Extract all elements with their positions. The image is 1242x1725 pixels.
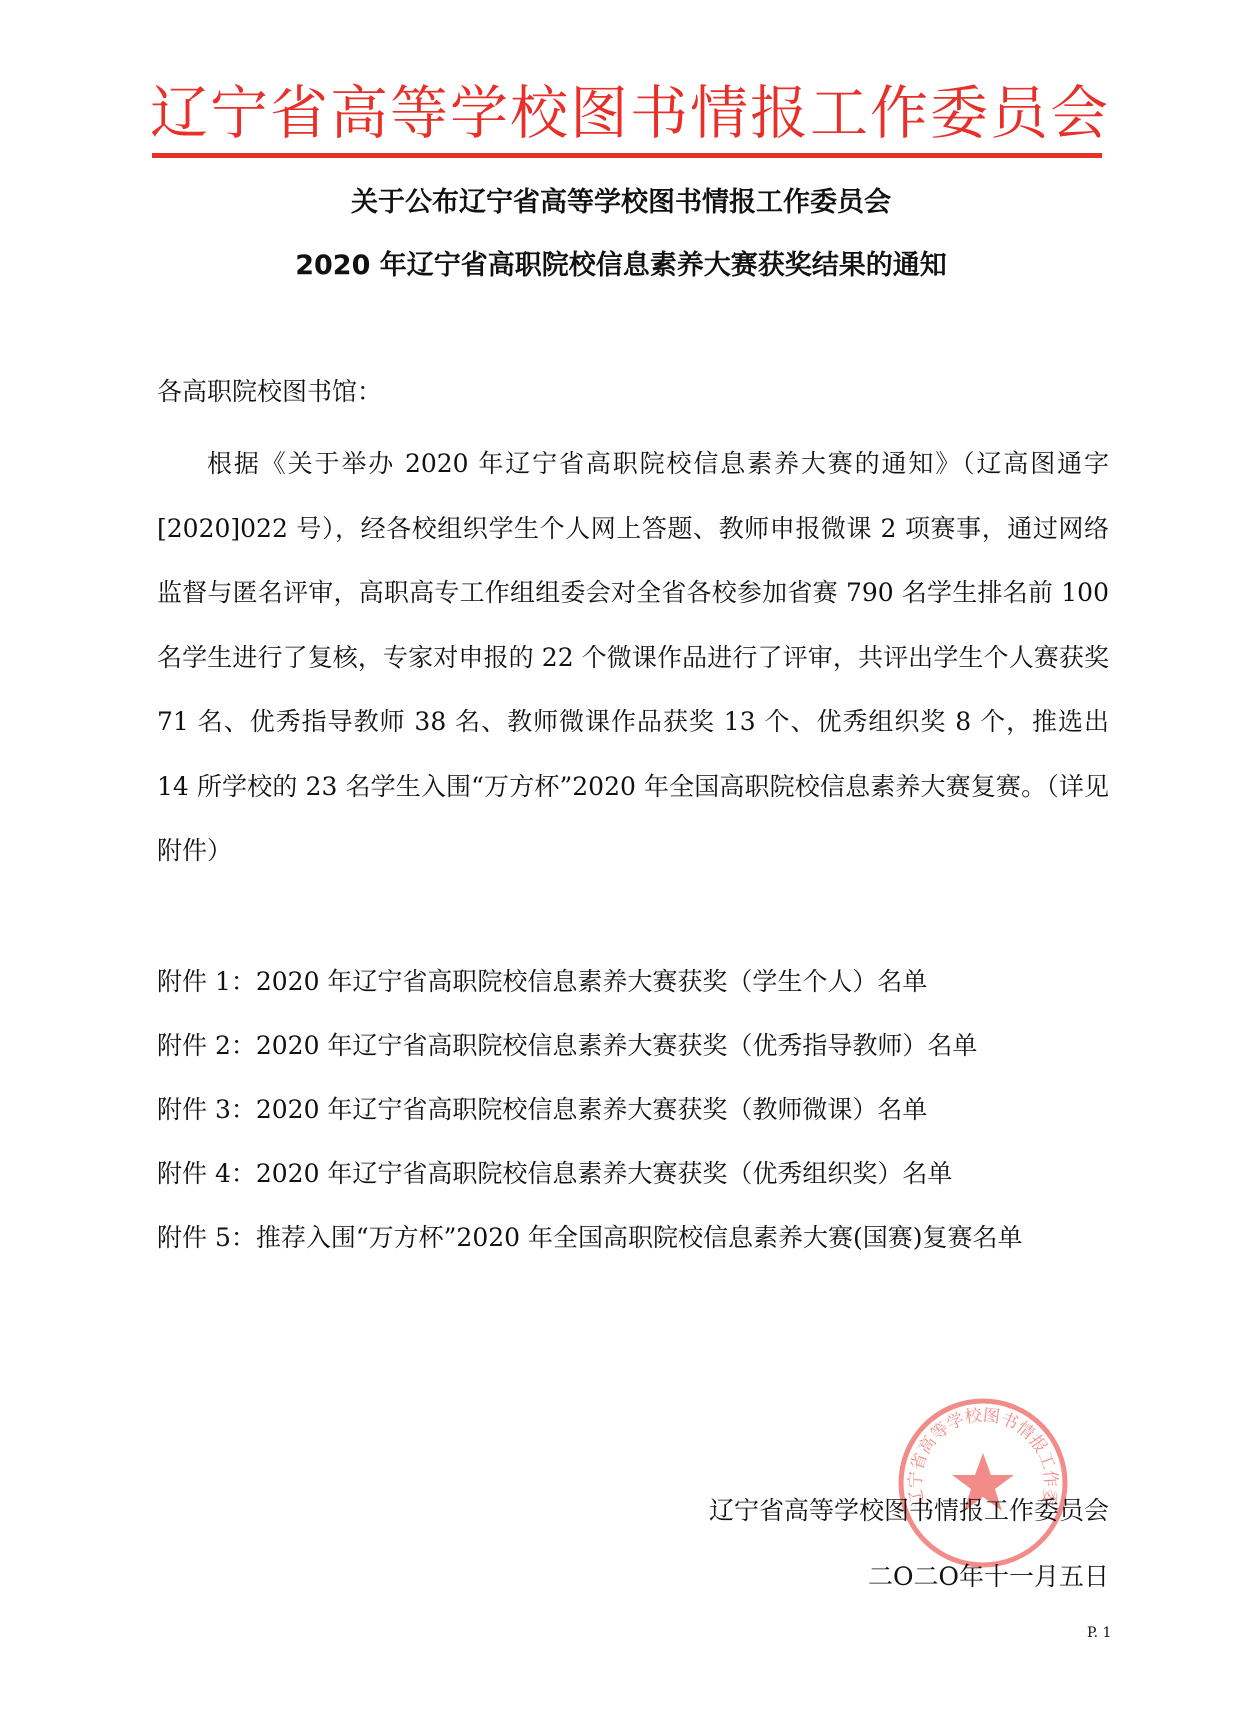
letterhead-divider <box>152 153 1102 158</box>
salutation: 各高职院校图书馆： <box>157 372 382 408</box>
signature-org: 辽宁省高等学校图书情报工作委员会 <box>709 1478 1109 1544</box>
signature-date: 二O二O年十一月五日 <box>709 1544 1109 1610</box>
signature-block: 辽宁省高等学校图书情报工作委员会 二O二O年十一月五日 <box>709 1478 1109 1610</box>
page-number: P. 1 <box>1087 1625 1111 1641</box>
attachment-item: 附件 4：2020 年辽宁省高职院校信息素养大赛获奖（优秀组织奖）名单 <box>157 1142 1109 1206</box>
attachment-item: 附件 3：2020 年辽宁省高职院校信息素养大赛获奖（教师微课）名单 <box>157 1078 1109 1142</box>
attachment-item: 附件 2：2020 年辽宁省高职院校信息素养大赛获奖（优秀指导教师）名单 <box>157 1014 1109 1078</box>
body-paragraph: 根据《关于举办 2020 年辽宁省高职院校信息素养大赛的通知》（辽高图通字[20… <box>157 432 1109 884</box>
attachment-item: 附件 5：推荐入围“万方杯”2020 年全国高职院校信息素养大赛(国赛)复赛名单 <box>157 1206 1109 1270</box>
attachment-list: 附件 1：2020 年辽宁省高职院校信息素养大赛获奖（学生个人）名单 附件 2：… <box>157 950 1109 1270</box>
attachment-item: 附件 1：2020 年辽宁省高职院校信息素养大赛获奖（学生个人）名单 <box>157 950 1109 1014</box>
document-page: 辽宁省高等学校图书情报工作委员会 关于公布辽宁省高等学校图书情报工作委员会 20… <box>0 0 1242 1725</box>
notice-title-line1: 关于公布辽宁省高等学校图书情报工作委员会 <box>0 180 1242 219</box>
letterhead-title: 辽宁省高等学校图书情报工作委员会 <box>150 78 1110 148</box>
notice-title-line2: 2020 年辽宁省高职院校信息素养大赛获奖结果的通知 <box>0 243 1242 282</box>
